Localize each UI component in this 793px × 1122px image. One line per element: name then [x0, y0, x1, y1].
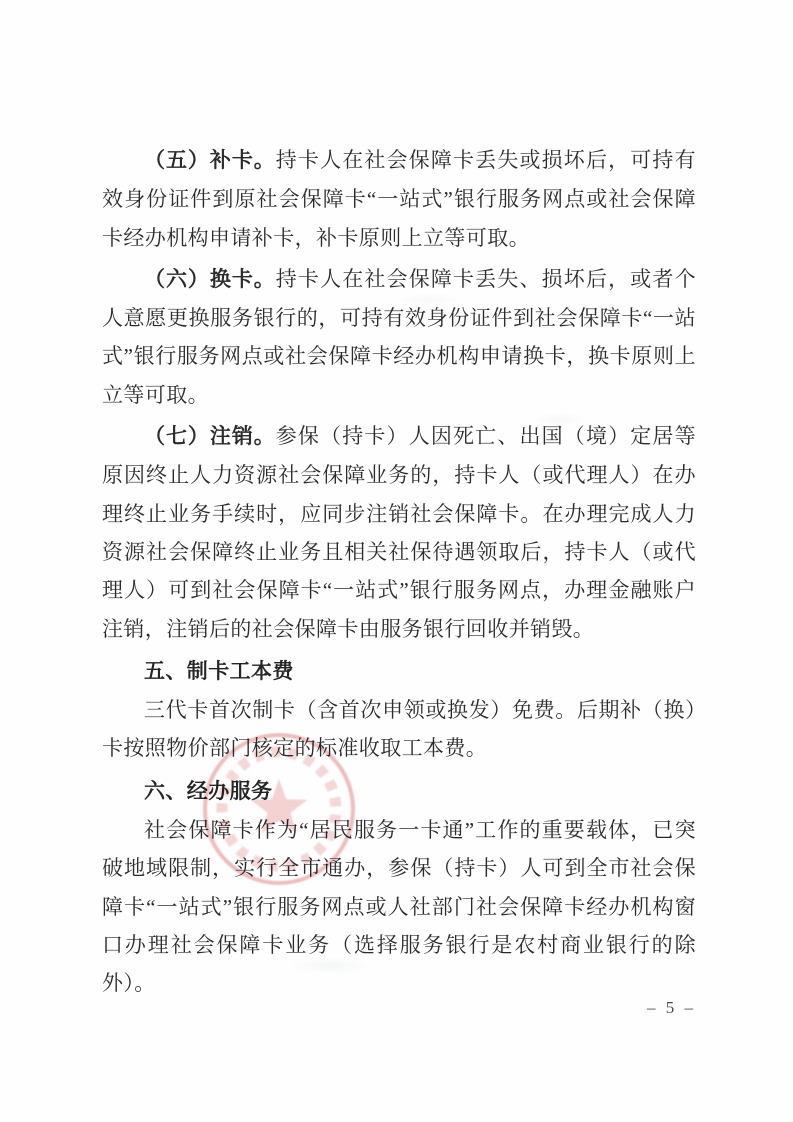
paragraph-card-cancellation: （七）注销。参保（持卡）人因死亡、出国（境）定居等原因终止人力资源社会保障业务的…: [102, 417, 696, 648]
paragraph-lead: （七）注销。: [144, 425, 276, 448]
page-number: – 5 –: [647, 998, 696, 1018]
document-page: （五）补卡。持卡人在社会保障卡丢失或损坏后，可持有效身份证件到原社会保障卡“一站…: [0, 0, 793, 1122]
paragraph-service-detail: 社会保障卡作为“居民服务一卡通”工作的重要载体，已突破地域限制，实行全市通办，参…: [102, 811, 696, 1002]
paragraph-card-fee-detail: 三代卡首次制卡（含首次申领或换发）免费。后期补（换）卡按照物价部门核定的标准收取…: [102, 691, 696, 768]
paragraph-text: 社会保障卡作为“居民服务一卡通”工作的重要载体，已突破地域限制，实行全市通办，参…: [102, 818, 696, 995]
document-body: （五）补卡。持卡人在社会保障卡丢失或损坏后，可持有效身份证件到原社会保障卡“一站…: [102, 141, 696, 1003]
paragraph-lead: （五）补卡。: [144, 149, 276, 172]
heading-handling-service: 六、经办服务: [102, 773, 696, 811]
paragraph-text: 三代卡首次制卡（含首次申领或换发）免费。后期补（换）卡按照物价部门核定的标准收取…: [102, 698, 696, 760]
paragraph-card-exchange: （六）换卡。持卡人在社会保障卡丢失、损坏后，或者个人意愿更换服务银行的，可持有效…: [102, 260, 696, 414]
heading-card-production-fee: 五、制卡工本费: [102, 653, 696, 691]
paragraph-text: 参保（持卡）人因死亡、出国（境）定居等原因终止人力资源社会保障业务的，持卡人（或…: [102, 424, 696, 640]
paragraph-card-replacement: （五）补卡。持卡人在社会保障卡丢失或损坏后，可持有效身份证件到原社会保障卡“一站…: [102, 141, 696, 257]
paragraph-lead: （六）换卡。: [144, 268, 276, 291]
